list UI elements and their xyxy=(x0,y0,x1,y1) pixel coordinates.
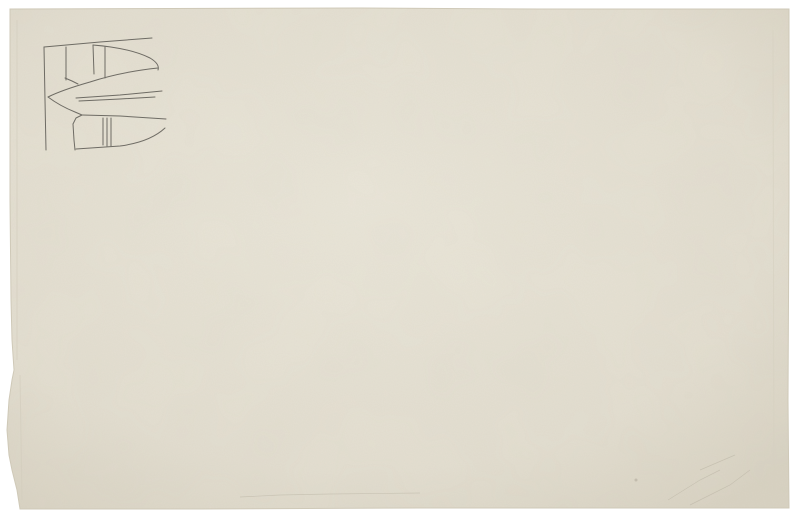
paper-sheet xyxy=(0,0,800,527)
image-canvas xyxy=(0,0,800,527)
